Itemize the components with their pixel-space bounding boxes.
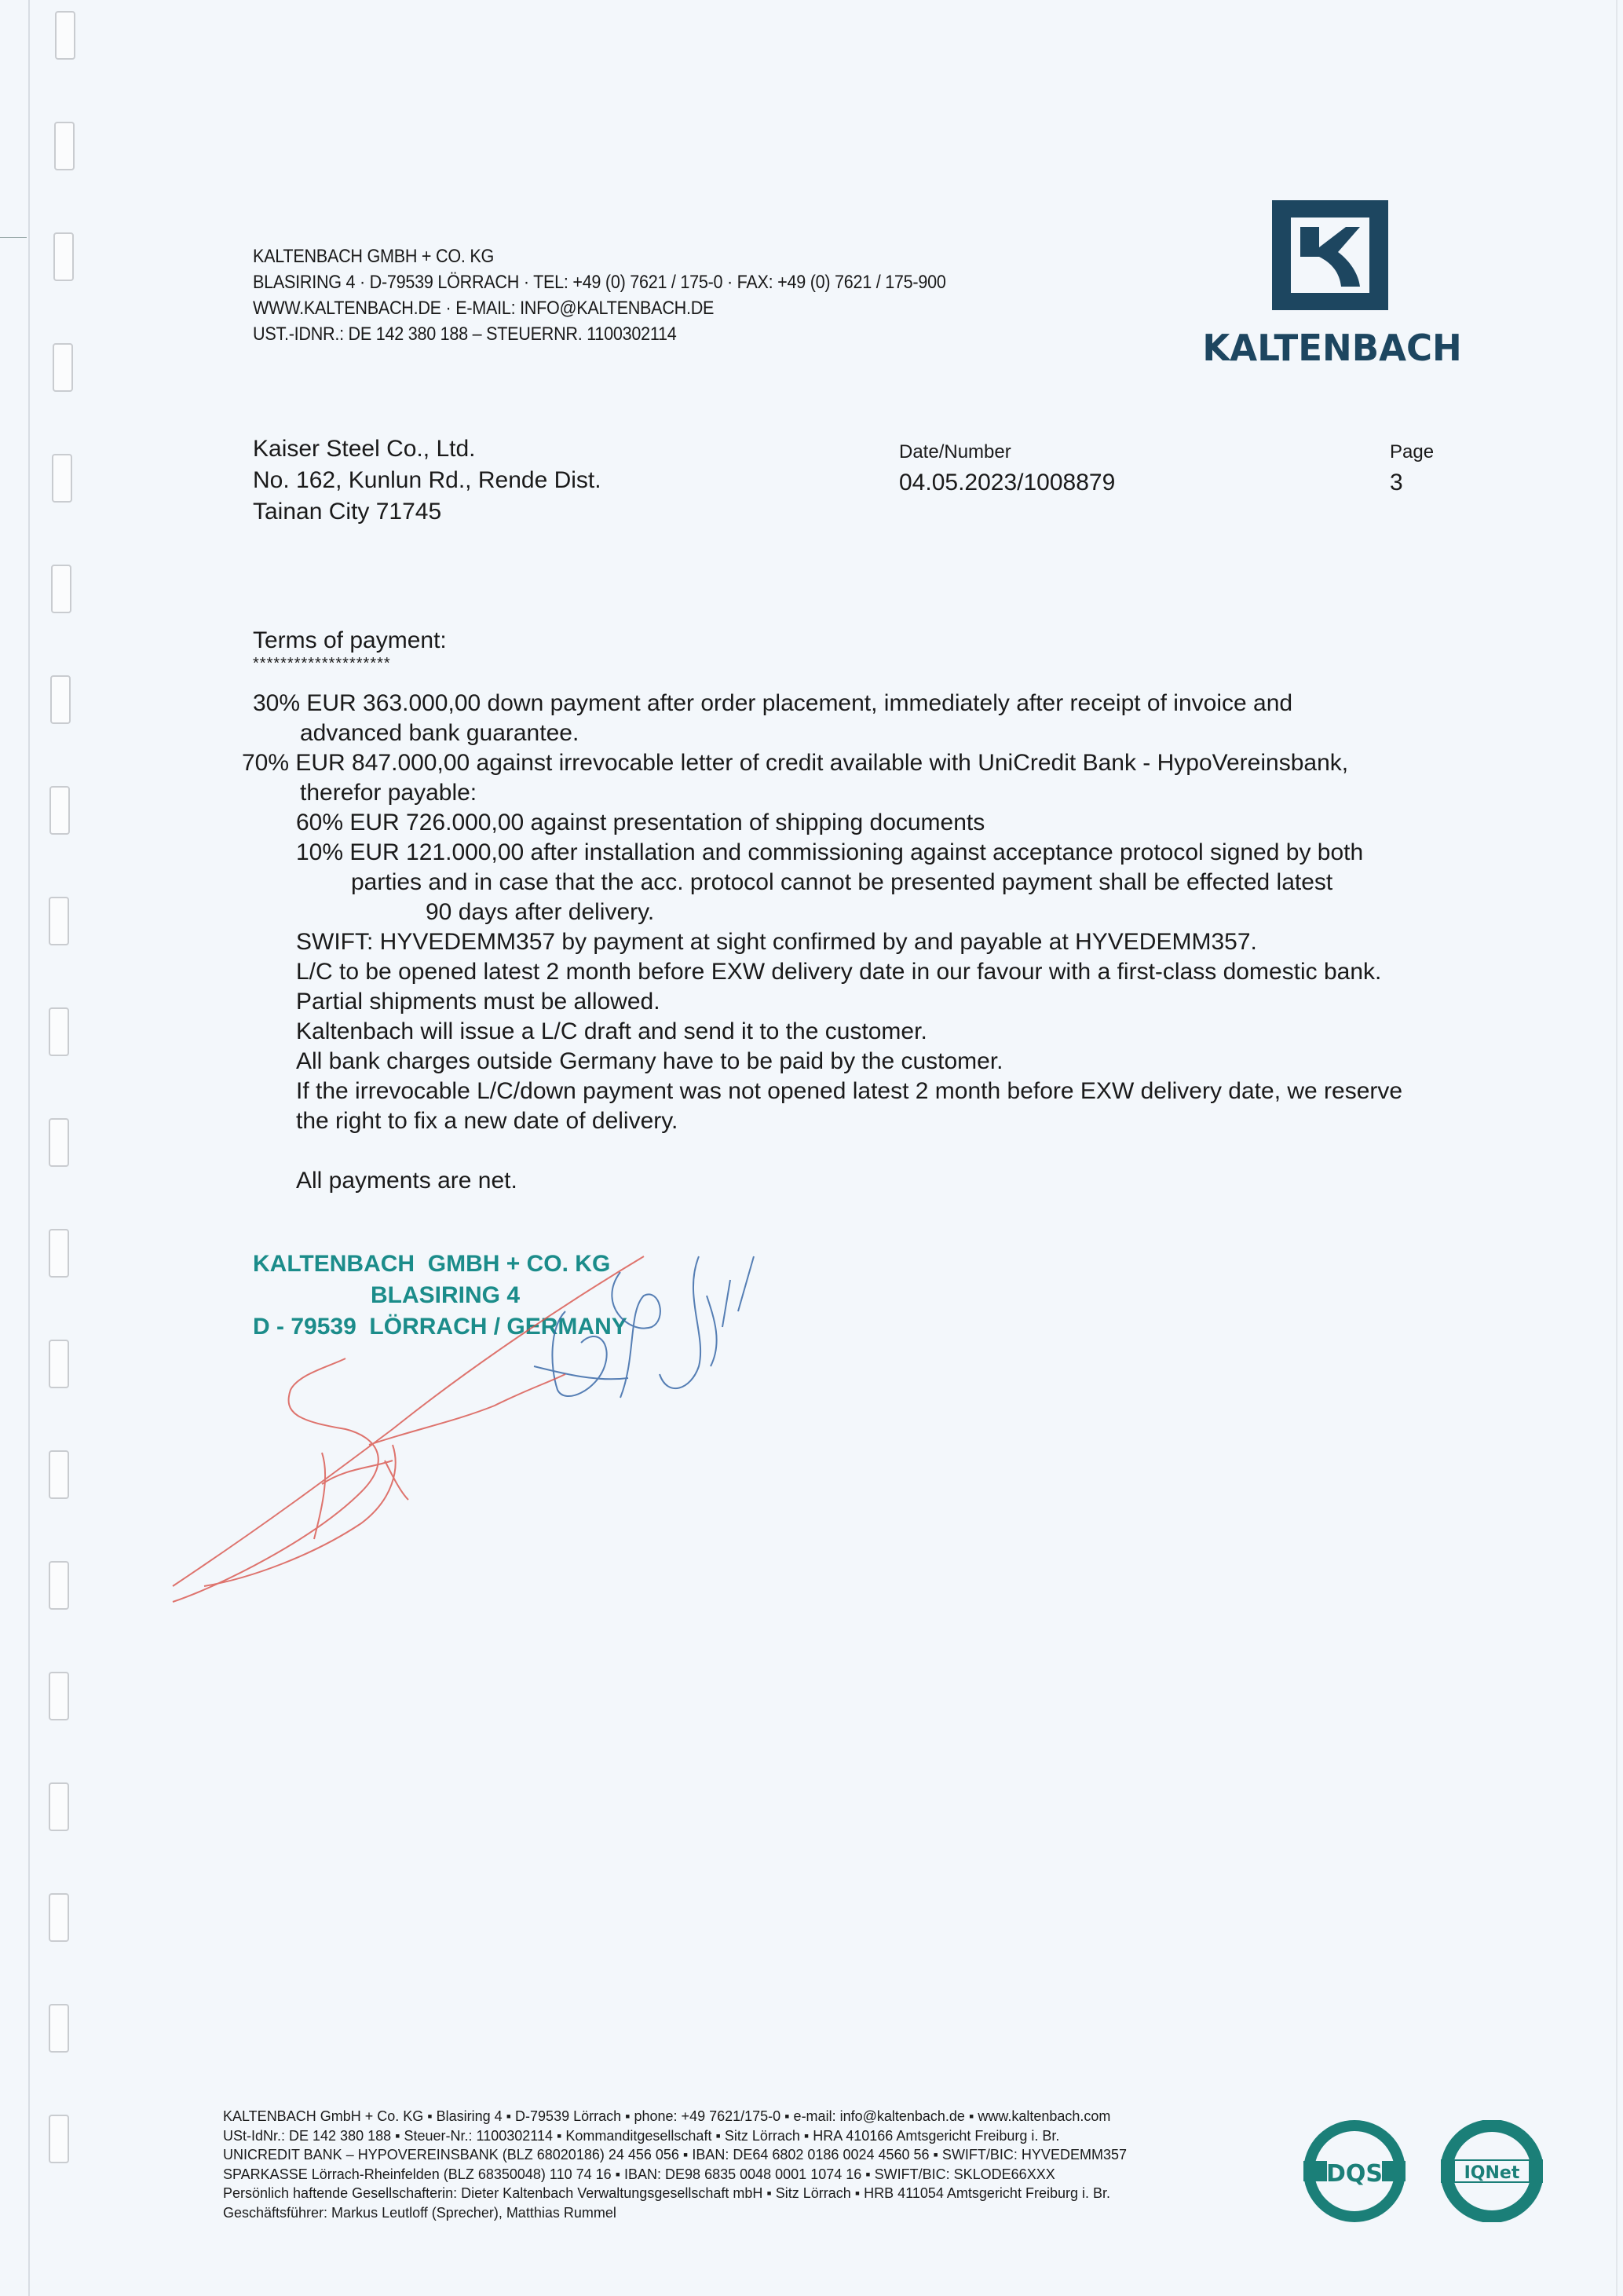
- terms-line: 30% EUR 363.000,00 down payment after or…: [253, 689, 1402, 718]
- terms-line: 60% EUR 726.000,00 against presentation …: [253, 808, 1402, 838]
- punch-hole: [50, 675, 71, 724]
- punch-hole: [49, 1340, 69, 1388]
- letterhead: KALTENBACH GMBH + CO. KG BLASIRING 4 · D…: [253, 243, 946, 347]
- punch-hole: [49, 897, 69, 945]
- punch-hole: [49, 1229, 69, 1278]
- terms-line: If the irrevocable L/C/down payment was …: [253, 1077, 1402, 1106]
- punch-hole: [49, 1672, 69, 1720]
- page-value: 3: [1390, 470, 1434, 496]
- terms-line: 90 days after delivery.: [253, 898, 1402, 927]
- terms-line: Kaltenbach will issue a L/C draft and se…: [253, 1017, 1402, 1047]
- recipient-city: Tainan City 71745: [253, 496, 601, 528]
- punch-hole: [49, 1782, 69, 1831]
- terms-line: SWIFT: HYVEDEMM357 by payment at sight c…: [253, 927, 1402, 957]
- svg-text:IQNet: IQNet: [1464, 2163, 1520, 2183]
- punch-hole: [49, 1118, 69, 1167]
- red-signature-icon: [173, 1256, 644, 1602]
- punch-hole: [55, 11, 75, 60]
- kaltenbach-k-logo-icon: [1272, 200, 1388, 310]
- punch-hole: [54, 122, 75, 170]
- letterhead-tax: UST.-IDNR.: DE 142 380 188 – STEUERNR. 1…: [253, 321, 946, 347]
- punch-hole: [49, 1561, 69, 1610]
- terms-heading: Terms of payment:: [253, 626, 1402, 656]
- punch-hole: [49, 786, 70, 835]
- date-number-block: Date/Number 04.05.2023/1008879: [899, 441, 1115, 496]
- terms-heading-underline: ********************: [253, 656, 1402, 671]
- footer-legal: KALTENBACH GmbH + Co. KG ▪ Blasiring 4 ▪…: [223, 2107, 1127, 2222]
- recipient-address: Kaiser Steel Co., Ltd. No. 162, Kunlun R…: [253, 433, 601, 528]
- punch-hole: [51, 565, 71, 613]
- footer-line: Geschäftsführer: Markus Leutloff (Sprech…: [223, 2203, 1127, 2223]
- letterhead-company: KALTENBACH GMBH + CO. KG: [253, 243, 946, 269]
- logo-wordmark: KALTENBACH: [1202, 327, 1461, 369]
- punch-hole: [49, 1893, 69, 1942]
- punch-hole: [49, 1007, 69, 1056]
- blue-signature-icon: [534, 1256, 754, 1398]
- punch-hole: [52, 454, 72, 503]
- signatures: [157, 1209, 864, 1618]
- page-right-edge: [1616, 0, 1618, 2296]
- footer-line: UNICREDIT BANK – HYPOVEREINSBANK (BLZ 68…: [223, 2145, 1127, 2165]
- letterhead-web: WWW.KALTENBACH.DE · E-MAIL: INFO@KALTENB…: [253, 295, 946, 321]
- terms-line: 70% EUR 847.000,00 against irrevocable l…: [242, 748, 1402, 778]
- dqs-certification-seal-icon: DQS: [1303, 2120, 1406, 2222]
- punch-hole: [49, 1450, 69, 1499]
- letterhead-address: BLASIRING 4 · D-79539 LÖRRACH · TEL: +49…: [253, 269, 946, 295]
- date-label: Date/Number: [899, 441, 1115, 463]
- punch-hole: [49, 2115, 69, 2163]
- company-logo: KALTENBACH: [1272, 200, 1464, 369]
- terms-of-payment: Terms of payment: ******************** 3…: [253, 626, 1402, 1196]
- punch-hole: [53, 232, 74, 281]
- footer-line: KALTENBACH GmbH + Co. KG ▪ Blasiring 4 ▪…: [223, 2107, 1127, 2126]
- terms-closing: All payments are net.: [253, 1166, 1402, 1196]
- terms-line: All bank charges outside Germany have to…: [253, 1047, 1402, 1077]
- recipient-street: No. 162, Kunlun Rd., Rende Dist.: [253, 465, 601, 496]
- fold-mark: [0, 237, 27, 238]
- date-value: 04.05.2023/1008879: [899, 470, 1115, 496]
- footer-line: USt-IdNr.: DE 142 380 188 ▪ Steuer-Nr.: …: [223, 2126, 1127, 2146]
- footer-line: SPARKASSE Lörrach-Rheinfelden (BLZ 68350…: [223, 2165, 1127, 2184]
- terms-line: parties and in case that the acc. protoc…: [253, 868, 1402, 898]
- page-number-block: Page 3: [1390, 441, 1434, 496]
- terms-line: advanced bank guarantee.: [253, 718, 1402, 748]
- svg-text:DQS: DQS: [1326, 2160, 1383, 2188]
- punch-hole: [49, 2004, 69, 2053]
- page-left-edge: [28, 0, 30, 2296]
- iqnet-certification-seal-icon: IQNet: [1441, 2120, 1543, 2222]
- page-label: Page: [1390, 441, 1434, 463]
- terms-line: the right to fix a new date of delivery.: [253, 1106, 1402, 1136]
- recipient-name: Kaiser Steel Co., Ltd.: [253, 433, 601, 465]
- footer-line: Persönlich haftende Gesellschafterin: Di…: [223, 2184, 1127, 2203]
- terms-line: Partial shipments must be allowed.: [253, 987, 1402, 1017]
- terms-line: L/C to be opened latest 2 month before E…: [253, 957, 1402, 987]
- terms-line: therefor payable:: [253, 778, 1402, 808]
- punch-hole: [53, 343, 73, 392]
- terms-line: 10% EUR 121.000,00 after installation an…: [253, 838, 1402, 868]
